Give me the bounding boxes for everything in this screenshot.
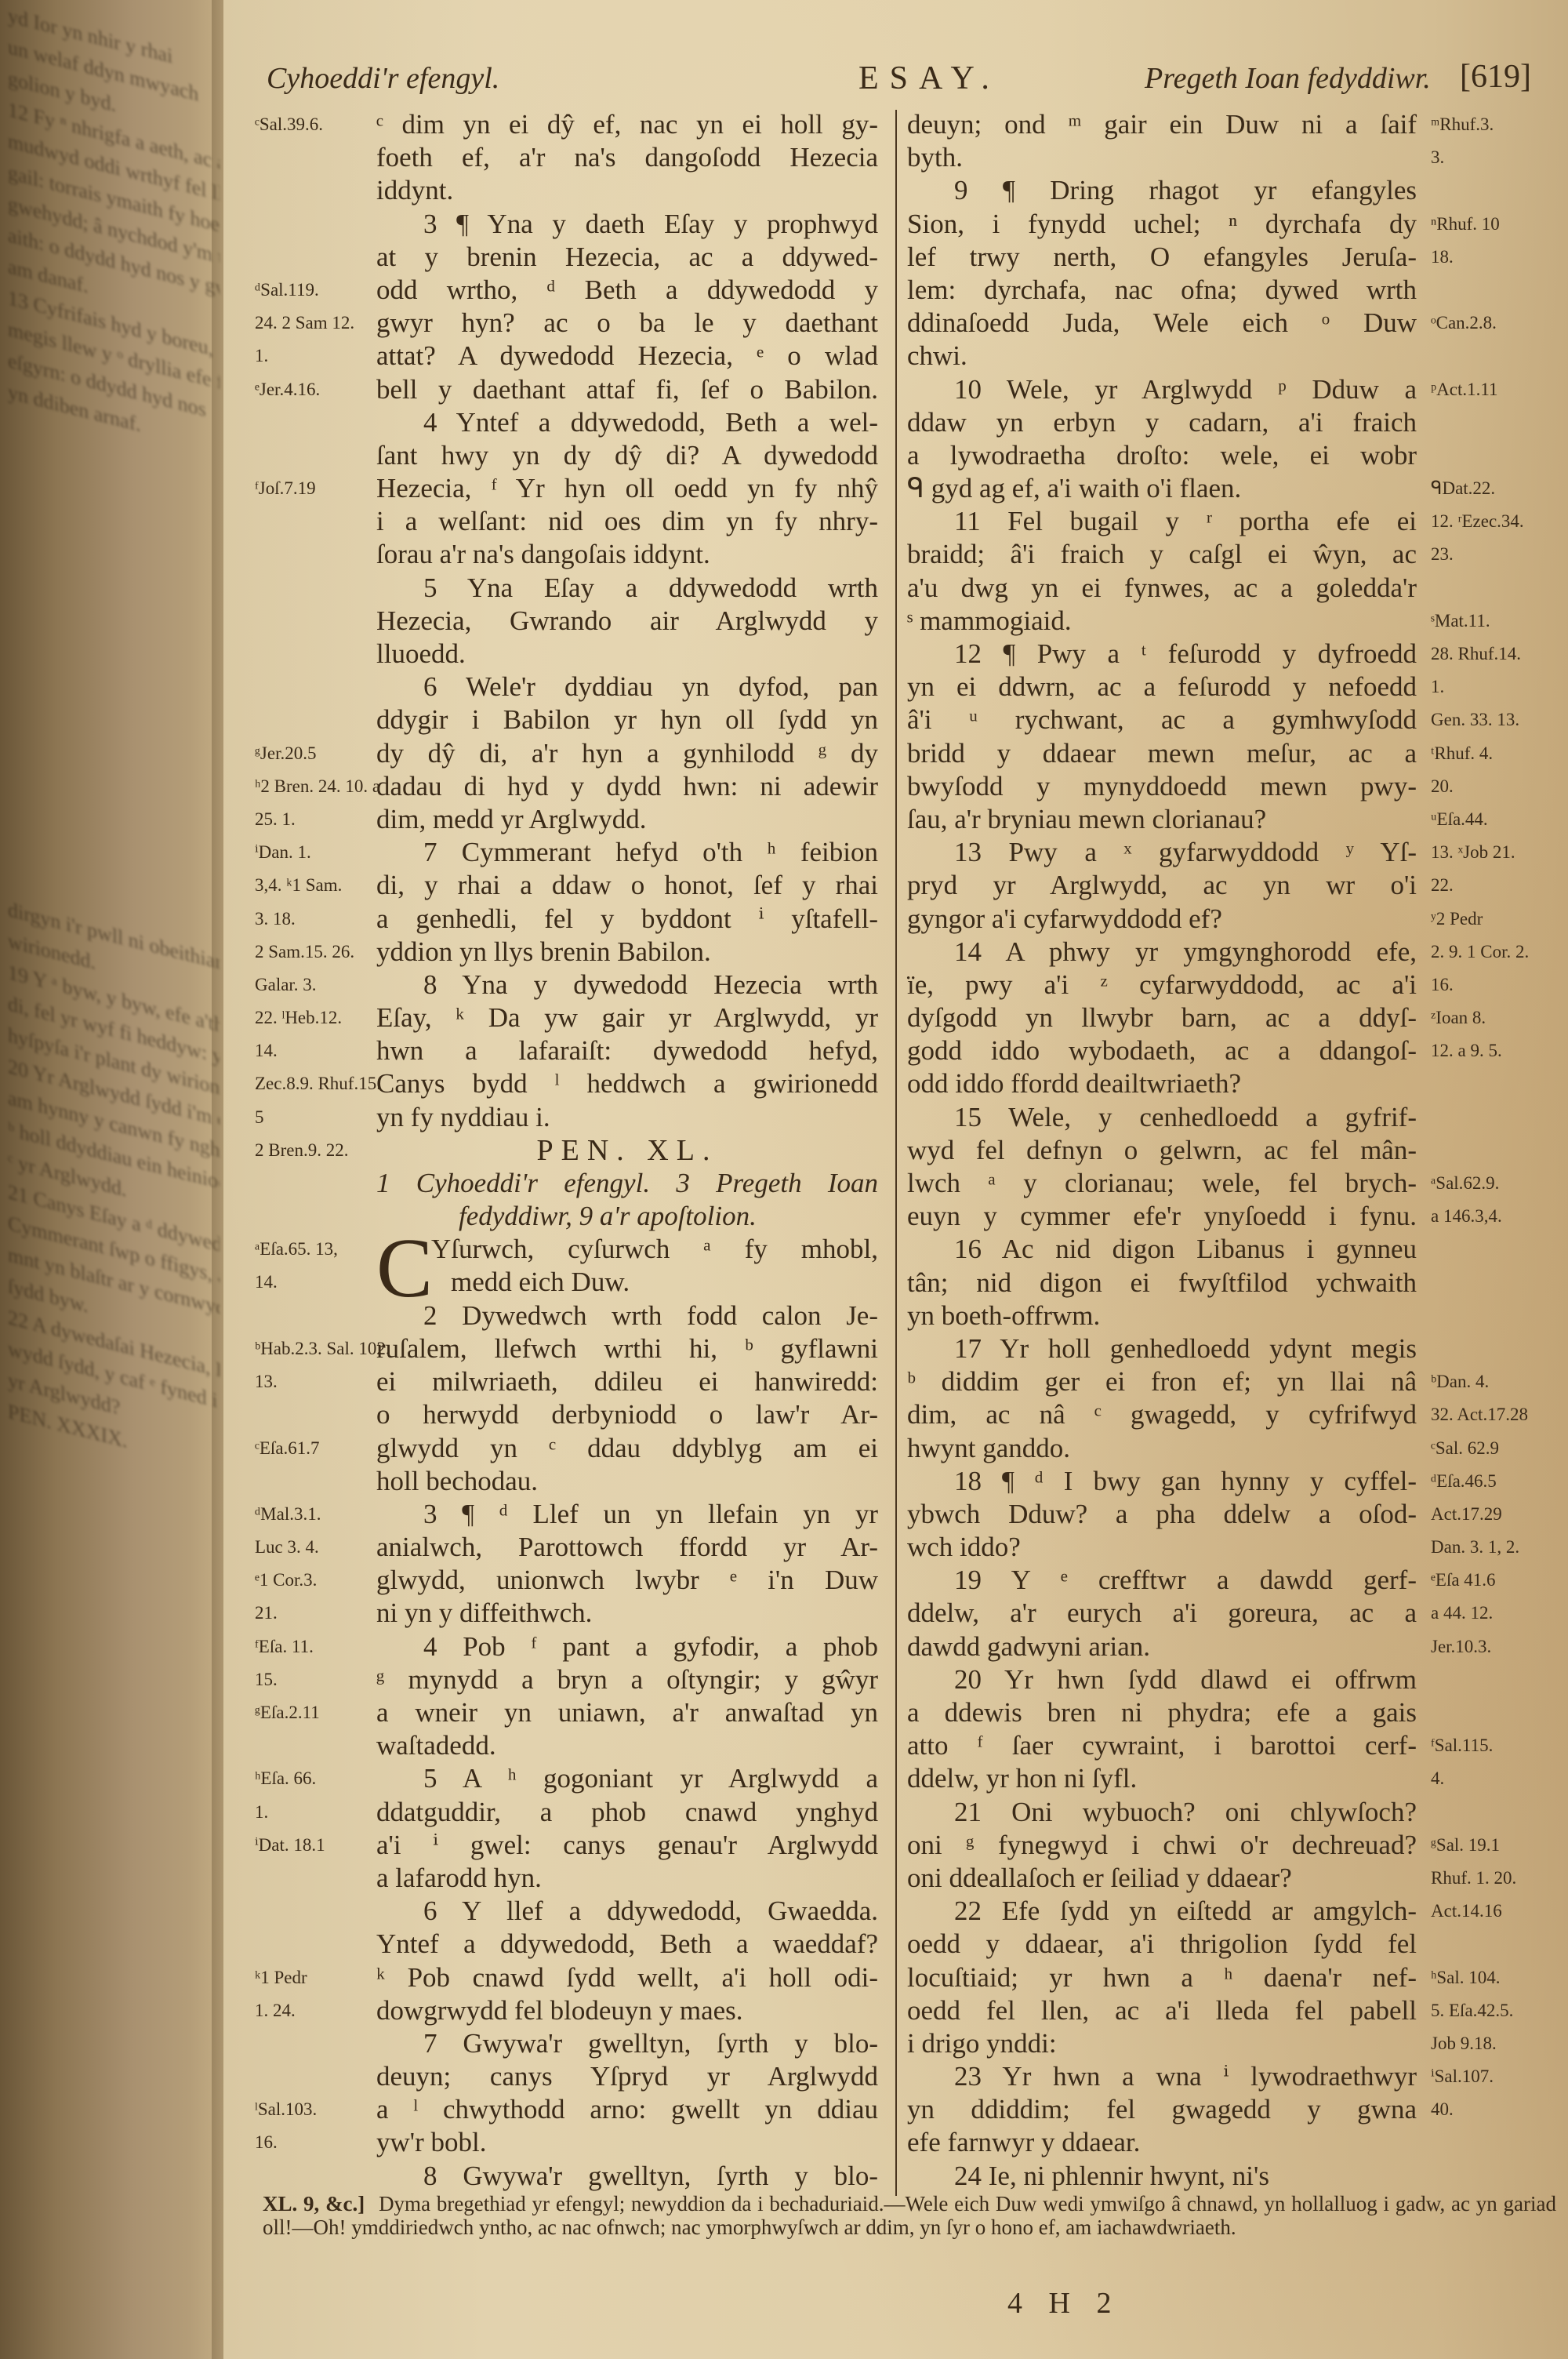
chapter-summary: fedyddiwr, 9 a'r apoſtolion. [459,1200,878,1233]
margin-reference: 25. 1. [255,803,372,836]
margin-reference: ᵉEſa 41.6 [1431,1564,1564,1597]
verse-line: 16.ïe, pwy a'i ᶻ cyfarwyddodd, ac a'i [898,969,1568,1001]
verse-text: godd iddo wybodaeth, ac a ddangoſ- [907,1034,1417,1067]
verse-text: ddatguddir, a phob cnawd ynghyd [376,1796,878,1829]
verse-line: at y brenin Hezecia, ac a ddywed- [223,241,898,274]
verse-line: ᵇHab.2.3. Sal. 102.ruſalem, llefwch wrth… [223,1332,898,1365]
margin-reference: ᶜSal. 62.9 [1431,1432,1564,1465]
verse-line: 4 Yntef a ddywedodd, Beth a wel- [223,406,898,439]
verse-line: 32. Act.17.28dim, ac nâ ᶜ gwagedd, y cyf… [898,1398,1568,1431]
verse-line: wyd fel defnyn o gelwrn, ac fel mân- [898,1134,1568,1167]
verse-text: bwyſodd y mynyddoedd mewn pwy- [907,770,1417,803]
margin-reference: 12. a 9. 5. [1431,1034,1564,1067]
verse-text: 5 Yna Eſay a ddywedodd wrth [423,572,878,605]
verse-line: ᵒCan.2.8.ddinaſoedd Juda, Wele eich ᵒ Du… [898,307,1568,340]
margin-reference: Zec.8.9. Rhuf.15. [255,1067,372,1100]
footnote-text: Dyma bregethiad yr efengyl; newyddion da… [263,2192,1556,2239]
verse-text: i a welſant: nid oes dim yn fy nhry- [376,505,878,538]
verse-line: i a welſant: nid oes dim yn fy nhry- [223,505,898,538]
verse-line: a lafarodd hyn. [223,1862,898,1895]
verse-line: 20.bwyſodd y mynyddoedd mewn pwy- [898,770,1568,803]
verse-line: ˡSal.103.a ˡ chwythodd arno: gwellt yn d… [223,2093,898,2126]
chapter-heading: PEN. XL. [376,1134,878,1167]
margin-reference: ᵗRhuf. 4. [1431,737,1564,770]
verse-text: 8 Gwywa'r gwelltyn, ſyrth y blo- [423,2160,878,2193]
verse-text: 14 A phwy yr ymgynghorodd efe, [954,936,1417,969]
verse-text: dim, ac nâ ᶜ gwagedd, y cyfrifwyd [907,1398,1417,1431]
verse-line: Rhuf. 1. 20.oni ddeallaſoch er ſeiliad y… [898,1862,1568,1895]
verse-line: Yntef a ddywedodd, Beth a waeddaf? [223,1928,898,1961]
verse-line: ᑫDat.22.ᑫ gyd ag ef, a'i waith o'i flaen… [898,472,1568,505]
verse-line: ᵘEſa.44.ſau, a'r bryniau mewn clorianau? [898,803,1568,836]
margin-reference: ᶠSal.115. [1431,1729,1564,1762]
verse-text: lluoedd. [376,638,878,671]
verse-line: ᵈEſa.46.518 ¶ ᵈ I bwy gan hynny y cyffel… [898,1465,1568,1498]
margin-reference: Act.14.16 [1431,1895,1564,1928]
margin-reference: 5. Eſa.42.5. [1431,1994,1564,2027]
verse-text: 3 ¶ Yna y daeth Eſay y prophwyd [423,208,878,241]
margin-reference: ᵖAct.1.11 [1431,373,1564,406]
margin-reference: ᶠEſa. 11. [255,1630,372,1663]
verse-line: 25. 1.dim, medd yr Arglwydd. [223,803,898,836]
verse-text: lef trwy nerth, O efangyles Jeruſa- [907,241,1417,274]
verse-text: iddynt. [376,174,878,207]
verse-line: ᵇDan. 4.ᵇ diddim ger ei fron ef; yn llai… [898,1365,1568,1398]
verse-line: 15 Wele, y cenhedloedd a gyfrif- [898,1101,1568,1134]
verse-line: Dan. 3. 1, 2.wch iddo? [898,1531,1568,1564]
verse-text: Sion, i fynydd uchel; ⁿ dyrchafa dy [907,208,1417,241]
margin-reference: 18. [1431,241,1564,274]
verse-text: 6 Wele'r dyddiau yn dyfod, pan [423,671,878,703]
verse-line: 3. 18.a genhedli, fel y byddont ⁱ yſtafe… [223,903,898,936]
margin-reference: ᵍEſa.2.11 [255,1696,372,1729]
margin-reference: ᵘEſa.44. [1431,803,1564,836]
verse-line: 5. Eſa.42.5.oedd fel llen, ac a'i lleda … [898,1994,1568,2027]
verse-line: 16 Ac nid digon Libanus i gynneu [898,1233,1568,1266]
book-title: ESAY. [858,60,1000,97]
margin-reference: 3,4. ᵏ1 Sam. [255,869,372,902]
verse-text: hwn a lafaraiſt: dywedodd hefyd, [376,1034,878,1067]
margin-reference: ᵃSal.62.9. [1431,1167,1564,1200]
verse-text: wyd fel defnyn o gelwrn, ac fel mân- [907,1134,1417,1167]
verse-text: a lafarodd hyn. [376,1862,878,1895]
verse-line: 13. ˣJob 21.13 Pwy a ˣ gyfarwyddodd ʸ Yſ… [898,836,1568,869]
verse-text: foeth ef, a'r na's dangoſodd Hezecia [376,141,878,174]
margin-reference: 15. [255,1663,372,1696]
verse-line: 15.ᵍ mynydd a bryn a oſtyngir; y gŵyr [223,1663,898,1696]
verse-line: foeth ef, a'r na's dangoſodd Hezecia [223,141,898,174]
verse-text: euyn y cymmer efe'r ynyſoedd i fynu. [907,1200,1417,1233]
verse-text: oni ᵍ fynegwyd i chwi o'r dechreuad? [907,1829,1417,1862]
verse-line: holl bechodau. [223,1465,898,1498]
verse-text: odd iddo ffordd deailtwriaeth? [907,1067,1417,1100]
margin-reference: 16. [1431,969,1564,1001]
adjacent-page-spine: yd Ior yn nhir y rhaiun welaf ddyn mwyac… [0,0,223,2359]
margin-reference: 22. ˡHeb.12. [255,1001,372,1034]
verse-text: a wneir yn uniawn, a'r anwaſtad yn [376,1696,878,1729]
verse-text: ſorau a'r na's dangoſais iddynt. [376,538,878,571]
verse-text: dadau di hyd y dydd hwn: ni adewir [376,770,878,803]
verse-text: a genhedli, fel y byddont ⁱ yſtafell- [376,903,878,936]
verse-text: 23 Yr hwn a wna ⁱ lywodraethwyr [954,2060,1417,2093]
verse-line: 3 ¶ Yna y daeth Eſay y prophwyd [223,208,898,241]
verse-line: tân; nid digon ei fwyſtfilod ychwaith [898,1267,1568,1299]
margin-reference: Gen. 33. 13. [1431,703,1564,736]
adjacent-page-text: yd Ior yn nhir y rhaiun welaf ddyn mwyac… [8,0,220,1480]
verse-line: ᶠEſa. 11.4 Pob ᶠ pant a gyfodir, a phob [223,1630,898,1663]
verse-text: 12 ¶ Pwy a ᵗ feſurodd y dyfroedd [954,638,1417,671]
verse-line: 5 Yna Eſay a ddywedodd wrth [223,572,898,605]
bible-page: Cyhoeddi'r efengyl. ESAY. Pregeth Ioan f… [223,0,1568,2359]
verse-text: holl bechodau. [376,1465,878,1498]
margin-reference: 21. [255,1597,372,1630]
verse-line: ᶠJoſ.7.19Hezecia, ᶠ Yr hyn oll oedd yn f… [223,472,898,505]
verse-text: dowgrwydd fel blodeuyn y maes. [376,1994,878,2027]
verse-text: 10 Wele, yr Arglwydd ᵖ Dduw a [954,373,1417,406]
margin-reference: ʸ2 Pedr [1431,903,1564,936]
verse-line: ᶜEſa.61.7glwydd yn ᶜ ddau ddyblyg am ei [223,1432,898,1465]
verse-line: iddynt. [223,174,898,207]
verse-text: Hezecia, ᶠ Yr hyn oll oedd yn fy nhŷ [376,472,878,505]
verse-line: 14.hwn a lafaraiſt: dywedodd hefyd, [223,1034,898,1067]
verse-line: 17 Yr holl genhedloedd ydynt megis [898,1332,1568,1365]
margin-reference: 12. ʳEzec.34. [1431,505,1564,538]
verse-text: 8 Yna y dywedodd Hezecia wrth [423,969,878,1001]
verse-line: 5yn fy nyddiau i. [223,1101,898,1134]
verse-text: tân; nid digon ei fwyſtfilod ychwaith [907,1267,1417,1299]
verse-line: ᵈSal.119.odd wrtho, ᵈ Beth a ddywedodd y [223,274,898,307]
verse-text: Hezecia, Gwrando air Arglwydd y [376,605,878,638]
verse-line: ᵍSal. 19.1oni ᵍ fynegwyd i chwi o'r dech… [898,1829,1568,1862]
margin-reference: ᵈMal.3.1. [255,1498,372,1531]
margin-reference: 14. [255,1034,372,1067]
verse-line: waſtadedd. [223,1729,898,1762]
margin-reference: ʰSal. 104. [1431,1961,1564,1994]
verse-text: braidd; â'i fraich y caſgl ei ŵyn, ac [907,538,1417,571]
margin-reference: Luc 3. 4. [255,1531,372,1564]
verse-text: yddion yn llys brenin Babilon. [376,936,878,969]
verse-line: ⁱSal.107.23 Yr hwn a wna ⁱ lywodraethwyr [898,2060,1568,2093]
running-head-right: Pregeth Ioan fedyddiwr. [1145,61,1431,96]
verse-text: deuyn; ond ᵐ gair ein Duw ni a ſaif [907,108,1417,141]
verse-line: 12. ʳEzec.34.11 Fel bugail y ʳ portha ef… [898,505,1568,538]
verse-line: a 44. 12.ddelw, a'r eurych a'i goreura, … [898,1597,1568,1630]
verse-line: 22. ˡHeb.12.Eſay, ᵏ Da yw gair yr Arglwy… [223,1001,898,1034]
verse-text: 3 ¶ ᵈ Llef un yn llefain yn yr [423,1498,878,1531]
verse-line: ᶠSal.115.atto ᶠ ſaer cywraint, i barotto… [898,1729,1568,1762]
verse-line: ᵉJer.4.16.bell y daethant attaf fi, ſef … [223,373,898,406]
verse-text: 11 Fel bugail y ʳ portha efe ei [954,505,1417,538]
margin-reference: 24. 2 Sam 12. [255,307,372,340]
verse-text: byth. [907,141,1417,174]
verse-line: 3.byth. [898,141,1568,174]
verse-line: a'u dwg yn ei fynwes, ac a goledda'r [898,572,1568,605]
verse-text: 24 Ie, ni phlennir hwynt, ni's [954,2160,1417,2193]
verse-line: ⁱDan. 1.7 Cymmerant hefyd o'th ʰ feibion [223,836,898,869]
verse-text: 5 A ʰ gogoniant yr Arglwydd a [423,1762,878,1795]
verse-text: 7 Cymmerant hefyd o'th ʰ feibion [423,836,878,869]
verse-line: ʸ2 Pedrgyngor a'i cyfarwyddodd ef? [898,903,1568,936]
margin-reference: ᵉJer.4.16. [255,373,372,406]
margin-reference: 3. [1431,141,1564,174]
verse-line: Luc 3. 4.anialwch, Parottowch ffordd yr … [223,1531,898,1564]
verse-text: o herwydd derbyniodd o law'r Ar- [376,1398,878,1431]
verse-text: yn boeth-offrwm. [907,1299,1417,1332]
margin-reference: ˡSal.103. [255,2093,372,2126]
verse-text: gwyr hyn? ac o ba le y daethant [376,307,878,340]
verse-line: ᵖAct.1.1110 Wele, yr Arglwydd ᵖ Dduw a [898,373,1568,406]
verse-line: chwi. [898,340,1568,373]
chapter-summary: 1 Cyhoeddi'r efengyl. 3 Pregeth Ioan [376,1167,878,1200]
right-column: ᵐRhuf.3.deuyn; ond ᵐ gair ein Duw ni a ſ… [898,108,1568,2193]
verse-text: oedd fel llen, ac a'i lleda fel pabell [907,1994,1417,2027]
margin-reference: 1. 24. [255,1994,372,2027]
verse-line: 7 Gwywa'r gwelltyn, ſyrth y blo- [223,2027,898,2060]
verse-line: Jer.10.3.dawdd gadwyni arian. [898,1630,1568,1663]
margin-reference: 4. [1431,1762,1564,1795]
verse-line: efe farnwyr y ddaear. [898,2126,1568,2159]
verse-text: 7 Gwywa'r gwelltyn, ſyrth y blo- [423,2027,878,2060]
margin-reference: ᵏ1 Pedr [255,1961,372,1994]
verse-text: di, y rhai a ddaw o honot, ſef y rhai [376,869,878,902]
verse-line: 2 Dywedwch wrth fodd calon Je- [223,1299,898,1332]
verse-line: ʰEſa. 66.5 A ʰ gogoniant yr Arglwydd a [223,1762,898,1795]
verse-line: ⁱDat. 18.1a'i ⁱ gwel: canys genau'r Argl… [223,1829,898,1862]
margin-reference: ⁱSal.107. [1431,2060,1564,2093]
verse-line: ſant hwy yn dy dŷ di? A dywedodd [223,439,898,472]
margin-reference: ᶠJoſ.7.19 [255,472,372,505]
margin-reference: Dan. 3. 1, 2. [1431,1531,1564,1564]
margin-reference: 2 Bren.9. 22. [255,1134,372,1167]
verse-line: ddygir i Babilon yr hyn oll ſydd yn [223,703,898,736]
margin-reference: 2 Sam.15. 26. [255,936,372,969]
verse-line: 28. Rhuf.14.12 ¶ Pwy a ᵗ feſurodd y dyfr… [898,638,1568,671]
verse-line: ᵍEſa.2.11a wneir yn uniawn, a'r anwaſtad… [223,1696,898,1729]
chapter-summary-row: 1 Cyhoeddi'r efengyl. 3 Pregeth Ioan [223,1167,898,1200]
verse-text: 9 ¶ Dring rhagot yr efangyles [954,174,1417,207]
margin-reference: ˢMat.11. [1431,605,1564,638]
verse-line: 1.yn ei ddwrn, ac a feſurodd y nefoedd [898,671,1568,703]
verse-text: 4 Pob ᶠ pant a gyfodir, a phob [423,1630,878,1663]
margin-reference: ᵍSal. 19.1 [1431,1829,1564,1862]
verse-line: 12. a 9. 5.godd iddo wybodaeth, ac a dda… [898,1034,1568,1067]
verse-line: odd iddo ffordd deailtwriaeth? [898,1067,1568,1100]
margin-reference: ᵇDan. 4. [1431,1365,1564,1398]
margin-reference: 2. 9. 1 Cor. 2. [1431,936,1564,969]
verse-text: ddygir i Babilon yr hyn oll ſydd yn [376,703,878,736]
margin-reference: a 44. 12. [1431,1597,1564,1630]
verse-text: ïe, pwy a'i ᶻ cyfarwyddodd, ac a'i [907,969,1417,1001]
verse-line: 3,4. ᵏ1 Sam.di, y rhai a ddaw o honot, ſ… [223,869,898,902]
verse-text: a ˡ chwythodd arno: gwellt yn ddiau [376,2093,878,2126]
margin-reference: ᵈSal.119. [255,274,372,307]
verse-line: ʰSal. 104.locuſtiaid; yr hwn a ʰ daena'r… [898,1961,1568,1994]
verse-line: 22.pryd yr Arglwydd, ac yn wr o'i [898,869,1568,902]
verse-text: efe farnwyr y ddaear. [907,2126,1417,2159]
margin-reference: ᶻIoan 8. [1431,1001,1564,1034]
verse-text: 21 Oni wybuoch? oni chlywſoch? [954,1796,1417,1829]
verse-text: Canys bydd ˡ heddwch a gwirionedd [376,1067,878,1100]
verse-line: 2. 9. 1 Cor. 2.14 A phwy yr ymgynghorodd… [898,936,1568,969]
verse-line: a ddewis bren ni phydra; efe a gais [898,1696,1568,1729]
verse-text: ni yn y diffeithwch. [376,1597,878,1630]
verse-line: 40.yn ddiddim; fel gwagedd y gwna [898,2093,1568,2126]
verse-text: lem: dyrchafa, nac ofna; dywed wrth [907,274,1417,307]
verse-line: 8 Gwywa'r gwelltyn, ſyrth y blo- [223,2160,898,2193]
verse-line: 9 ¶ Dring rhagot yr efangyles [898,174,1568,207]
verse-line: 6 Wele'r dyddiau yn dyfod, pan [223,671,898,703]
verse-text: a'u dwg yn ei fynwes, ac a goledda'r [907,572,1417,605]
verse-text: medd eich Duw. [451,1266,878,1299]
verse-line: Job 9.18.i drigo ynddi: [898,2027,1568,2060]
footnote-reference: XL. 9, &c.] [263,2192,365,2215]
margin-reference: 40. [1431,2093,1564,2126]
verse-text: 13 Pwy a ˣ gyfarwyddodd ʸ Yſ- [954,836,1417,869]
verse-line: 24 Ie, ni phlennir hwynt, ni's [898,2160,1568,2193]
verse-text: glwydd yn ᶜ ddau ddyblyg am ei [376,1432,878,1465]
verse-line: Gen. 33. 13.â'i ᵘ rychwant, ac a gymhwyſ… [898,703,1568,736]
margin-reference: ᶜEſa.61.7 [255,1432,372,1465]
verse-line: ᶜSal. 62.9hwynt ganddo. [898,1432,1568,1465]
verse-text: deuyn; canys Yſpryd yr Arglwydd [376,2060,878,2093]
verse-line: ſorau a'r na's dangoſais iddynt. [223,538,898,571]
signature-mark: 4 H 2 [1007,2286,1120,2321]
verse-text: ei milwriaeth, ddileu ei hanwiredd: [376,1365,878,1398]
verse-line: 21.ni yn y diffeithwch. [223,1597,898,1630]
verse-text: bridd y ddaear mewn meſur, ac a [907,737,1417,770]
left-column: ᶜSal.39.6.ᶜ dim yn ei dŷ ef, nac yn ei h… [223,108,898,2193]
verse-text: 4 Yntef a ddywedodd, Beth a wel- [423,406,878,439]
verse-line: ᵐRhuf.3.deuyn; ond ᵐ gair ein Duw ni a ſ… [898,108,1568,141]
verse-line: lluoedd. [223,638,898,671]
verse-text: a lywodraetha droſto: wele, ei wobr [907,439,1417,472]
chapter-summary-row: fedyddiwr, 9 a'r apoſtolion. [223,1200,898,1233]
margin-reference: a 146.3,4. [1431,1200,1564,1233]
margin-reference: 16. [255,2126,372,2159]
verse-text: 6 Y llef a ddywedodd, Gwaedda. [423,1895,878,1928]
verse-line: ᵈMal.3.1.3 ¶ ᵈ Llef un yn llefain yn yr [223,1498,898,1531]
verse-text: ᵍ mynydd a bryn a oſtyngir; y gŵyr [376,1663,878,1696]
running-head: Cyhoeddi'r efengyl. ESAY. Pregeth Ioan f… [267,55,1560,102]
drop-cap: C [376,1233,433,1305]
verse-line: 1.attat? A dywedodd Hezecia, ᵉ o wlad [223,340,898,373]
verse-line: 1.ddatguddir, a phob cnawd ynghyd [223,1796,898,1829]
verse-line: ddaw yn erbyn y cadarn, a'i fraich [898,406,1568,439]
margin-reference: ʰ2 Bren. 24. 10. a [255,770,372,803]
verse-text: bell y daethant attaf fi, ſef o Babilon. [376,373,878,406]
verse-text: dyſgodd yn llwybr barn, ac a ddyſ- [907,1001,1417,1034]
verse-text: ſant hwy yn dy dŷ di? A dywedodd [376,439,878,472]
verse-line: 18.lef trwy nerth, O efangyles Jeruſa- [898,241,1568,274]
verse-text: at y brenin Hezecia, ac a ddywed- [376,241,878,274]
verse-line: ᵍJer.20.5dy dŷ di, a'r hyn a gynhilodd ᵍ… [223,737,898,770]
verse-text: ddaw yn erbyn y cadarn, a'i fraich [907,406,1417,439]
verse-text: ᶜ dim yn ei dŷ ef, nac yn ei holl gy- [376,108,878,141]
verse-text: â'i ᵘ rychwant, ac a gymhwyſodd [907,703,1417,736]
margin-reference: ᑫDat.22. [1431,472,1564,505]
verse-text: Eſay, ᵏ Da yw gair yr Arglwydd, yr [376,1001,878,1034]
verse-text: ᑫ gyd ag ef, a'i waith o'i flaen. [907,472,1417,505]
margin-reference: ⁱDat. 18.1 [255,1829,372,1862]
verse-line: ᵃSal.62.9.lwch ᵃ y clorianau; wele, fel … [898,1167,1568,1200]
margin-reference: 1. [1431,671,1564,703]
verse-line: 13.ei milwriaeth, ddileu ei hanwiredd: [223,1365,898,1398]
verse-text: Yſurwch, cyſurwch ᵃ fy mhobl, [431,1233,878,1266]
verse-text: dim, medd yr Arglwydd. [376,803,878,836]
margin-reference: 3. 18. [255,903,372,936]
verse-line: Act.14.1622 Efe ſydd yn eiſtedd ar amgyl… [898,1895,1568,1928]
verse-text: chwi. [907,340,1417,373]
margin-reference: ᵉ1 Cor.3. [255,1564,372,1597]
margin-reference: ᵃEſa.65. 13, 14. [255,1233,357,1299]
running-head-left: Cyhoeddi'r efengyl. [267,61,499,96]
verse-line: ᵉ1 Cor.3.glwydd, unionwch lwybr ᵉ i'n Du… [223,1564,898,1597]
page-number: [619] [1460,58,1531,96]
verse-line: deuyn; canys Yſpryd yr Arglwydd [223,2060,898,2093]
verse-text: glwydd, unionwch lwybr ᵉ i'n Duw [376,1564,878,1597]
verse-line: ᵉEſa 41.619 Y ᵉ crefftwr a dawdd gerf- [898,1564,1568,1597]
margin-reference: 22. [1431,869,1564,902]
verse-text: ᵏ Pob cnawd ſydd wellt, a'i holl odi- [376,1961,878,1994]
verse-line: a lywodraetha droſto: wele, ei wobr [898,439,1568,472]
verse-line: Zec.8.9. Rhuf.15.Canys bydd ˡ heddwch a … [223,1067,898,1100]
verse-text: lwch ᵃ y clorianau; wele, fel brych- [907,1167,1417,1200]
margin-reference: 1. [255,1796,372,1829]
verse-text: 16 Ac nid digon Libanus i gynneu [954,1233,1417,1266]
verse-text: gyngor a'i cyfarwyddodd ef? [907,903,1417,936]
margin-reference: 1. [255,340,372,373]
verse-text: 18 ¶ ᵈ I bwy gan hynny y cyffel- [954,1465,1417,1498]
margin-reference: 5 [255,1101,372,1134]
verse-text: yn fy nyddiau i. [376,1101,878,1134]
verse-text: dy dŷ di, a'r hyn a gynhilodd ᵍ dy [376,737,878,770]
verse-line: a 146.3,4.euyn y cymmer efe'r ynyſoedd i… [898,1200,1568,1233]
verse-line: ʰ2 Bren. 24. 10. adadau di hyd y dydd hw… [223,770,898,803]
verse-line: ⁿRhuf. 10Sion, i fynydd uchel; ⁿ dyrchaf… [898,208,1568,241]
verse-text: 19 Y ᵉ crefftwr a dawdd gerf- [954,1564,1417,1597]
margin-reference: ᵈEſa.46.5 [1431,1465,1564,1498]
margin-reference: Job 9.18. [1431,2027,1564,2060]
verse-line: oedd y ddaear, a'i thrigolion ſydd fel [898,1928,1568,1961]
verse-text: attat? A dywedodd Hezecia, ᵉ o wlad [376,340,878,373]
verse-text: yn ddiddim; fel gwagedd y gwna [907,2093,1417,2126]
margin-reference: Act.17.29 [1431,1498,1564,1531]
verse-text: 17 Yr holl genhedloedd ydynt megis [954,1332,1417,1365]
verse-text: a ddewis bren ni phydra; efe a gais [907,1696,1417,1729]
margin-reference: 32. Act.17.28 [1431,1398,1564,1431]
margin-reference: ⁿRhuf. 10 [1431,208,1564,241]
verse-line: ᵏ1 Pedrᵏ Pob cnawd ſydd wellt, a'i holl … [223,1961,898,1994]
verse-text: ſau, a'r bryniau mewn clorianau? [907,803,1417,836]
verse-text: a'i ⁱ gwel: canys genau'r Arglwydd [376,1829,878,1862]
verse-line: ᵗRhuf. 4.bridd y ddaear mewn meſur, ac a [898,737,1568,770]
verse-text: pryd yr Arglwydd, ac yn wr o'i [907,869,1417,902]
verse-text: ˢ mammogiaid. [907,605,1417,638]
commentary-footnote: XL. 9, &c.] Dyma bregethiad yr efengyl; … [263,2192,1556,2239]
verse-line: ˢMat.11.ˢ mammogiaid. [898,605,1568,638]
margin-reference: 23. [1431,538,1564,571]
margin-reference: ᶜSal.39.6. [255,108,372,141]
margin-reference: ʰEſa. 66. [255,1762,372,1795]
verse-text: yn ei ddwrn, ac a feſurodd y nefoedd [907,671,1417,703]
verse-1-block: ᵃEſa.65. 13, 14.CYſurwch, cyſurwch ᵃ fy … [223,1233,898,1299]
verse-line: 21 Oni wybuoch? oni chlywſoch? [898,1796,1568,1829]
verse-line: o herwydd derbyniodd o law'r Ar- [223,1398,898,1431]
margin-reference: Jer.10.3. [1431,1630,1564,1663]
verse-line: 1. 24.dowgrwydd fel blodeuyn y maes. [223,1994,898,2027]
verse-line: 20 Yr hwn ſydd dlawd ei offrwm [898,1663,1568,1696]
verse-text: 22 Efe ſydd yn eiſtedd ar amgylch- [954,1895,1417,1928]
